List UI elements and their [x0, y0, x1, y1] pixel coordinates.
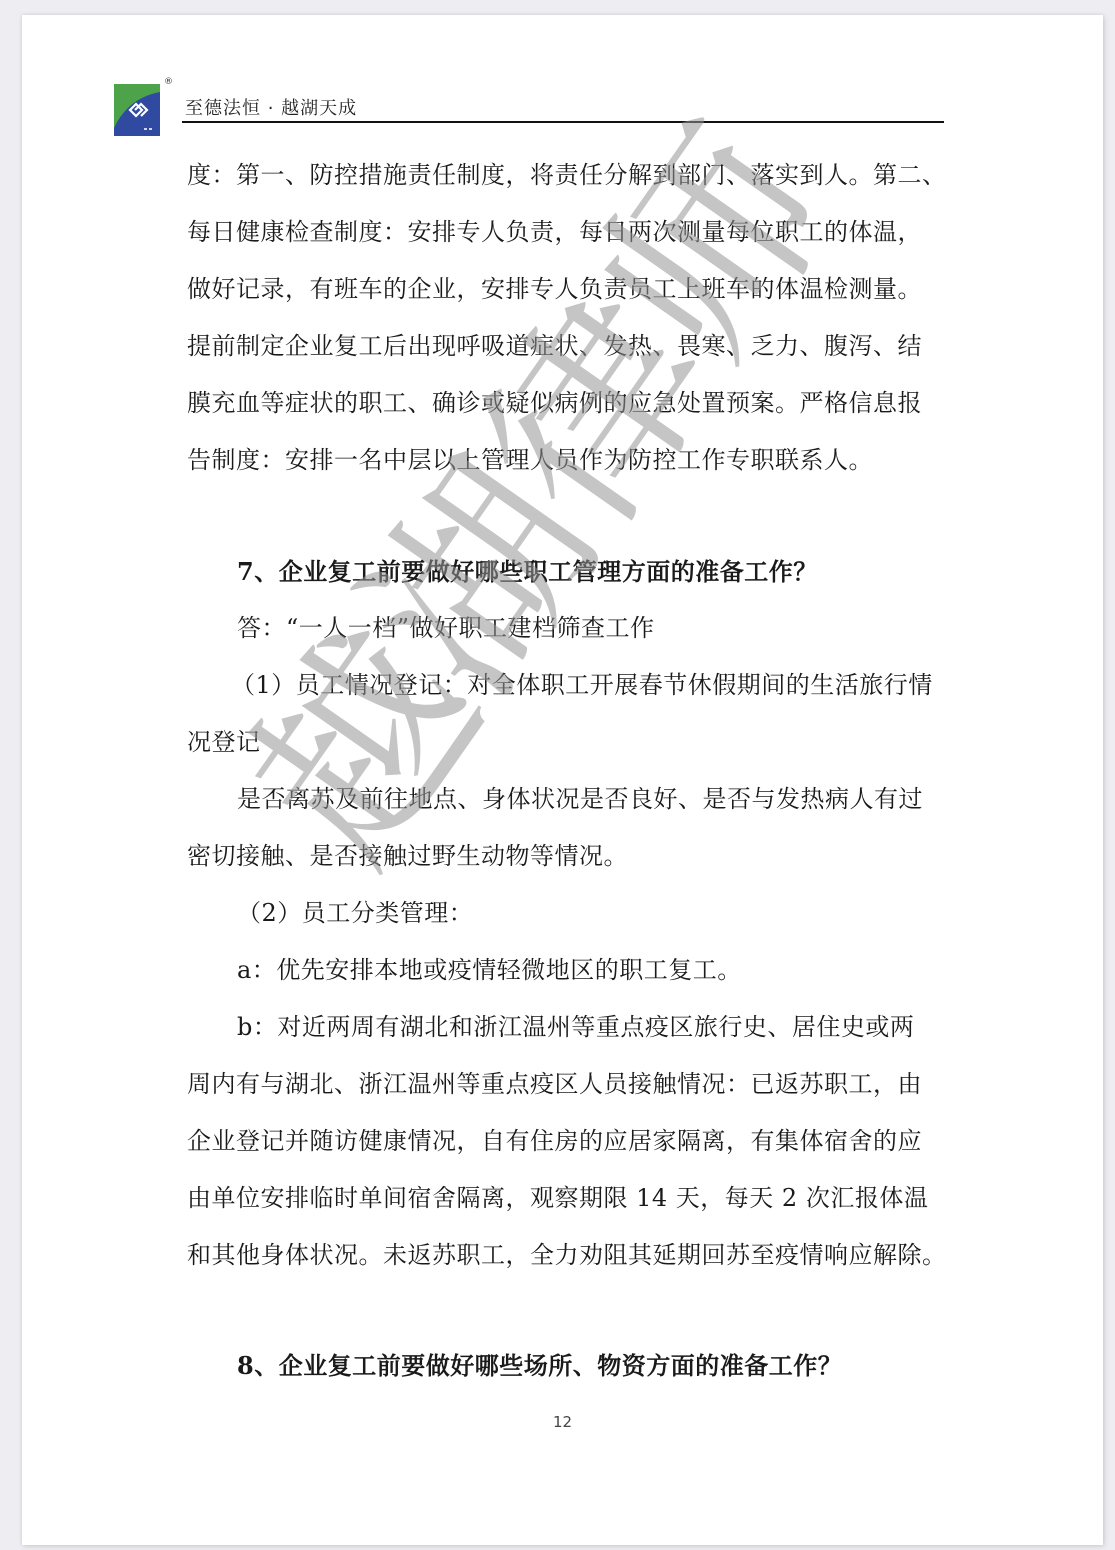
text-line: 做好记录，有班车的企业，安排专人负责员工上班车的体温检测量。 [187, 274, 922, 304]
text-line: 是否离苏及前往地点、身体状况是否良好、是否与发热病人有过 [237, 784, 923, 814]
firm-logo-icon [114, 84, 160, 136]
text-line: 和其他身体状况。未返苏职工，全力劝阻其延期回苏至疫情响应解除。 [187, 1240, 947, 1270]
header-divider [182, 121, 944, 123]
text-line: 况登记 [187, 727, 261, 757]
text-line: 密切接触、是否接触过野生动物等情况。 [187, 841, 628, 871]
text-line: （1）员工情况登记：对全体职工开展春节休假期间的生活旅行情 [231, 670, 933, 700]
document-page: ® 至德法恒 · 越湖天成 度：第一、防控措施责任制度，将责任分解到部门、落实到… [22, 15, 1103, 1545]
text-line: 提前制定企业复工后出现呼吸道症状、发热、畏寒、乏力、腹泻、结 [187, 331, 922, 361]
registered-mark: ® [164, 77, 173, 87]
watermark: 越湖律师 [167, 67, 882, 909]
text-line: 告制度：安排一名中层以上管理人员作为防控工作专职联系人。 [187, 445, 873, 475]
section-heading-8: 8、企业复工前要做好哪些场所、物资方面的准备工作？ [237, 1351, 842, 1381]
text-line: （2）员工分类管理： [237, 898, 473, 928]
text-line: 每日健康检查制度：安排专人负责，每日两次测量每位职工的体温， [187, 217, 922, 247]
text-line: a：优先安排本地或疫情轻微地区的职工复工。 [237, 955, 742, 985]
text-line: 周内有与湖北、浙江温州等重点疫区人员接触情况：已返苏职工，由 [187, 1069, 922, 1099]
header-title: 至德法恒 · 越湖天成 [185, 94, 357, 120]
text-line: 度：第一、防控措施责任制度，将责任分解到部门、落实到人。第二、 [187, 160, 947, 190]
text-line: b：对近两周有湖北和浙江温州等重点疫区旅行史、居住史或两 [237, 1012, 914, 1042]
text-line: 膜充血等症状的职工、确诊或疑似病例的应急处置预案。严格信息报 [187, 388, 922, 418]
answer-intro: 答：“一人一档”做好职工建档筛查工作 [237, 613, 655, 643]
text-line: 由单位安排临时单间宿舍隔离，观察期限 14 天，每天 2 次汇报体温 [187, 1183, 928, 1213]
section-heading-7: 7、企业复工前要做好哪些职工管理方面的准备工作？ [237, 557, 818, 587]
text-line: 企业登记并随访健康情况，自有住房的应居家隔离，有集体宿舍的应 [187, 1126, 922, 1156]
page-number: 12 [22, 1413, 1103, 1431]
